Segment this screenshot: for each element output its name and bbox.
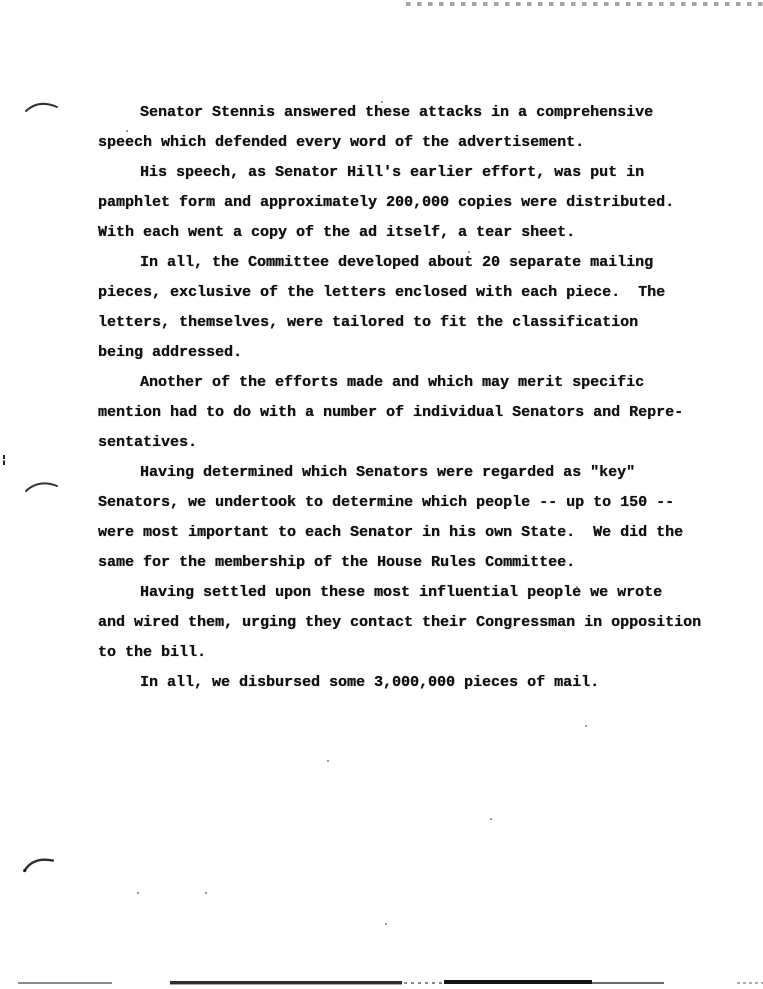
pen-arc-mark bbox=[20, 853, 57, 873]
text-line: Senators, we undertook to determine whic… bbox=[98, 488, 723, 518]
scan-speck bbox=[585, 725, 587, 727]
scan-line-segment bbox=[18, 982, 112, 984]
text-line: Another of the efforts made and which ma… bbox=[98, 368, 723, 398]
text-line: With each went a copy of the ad itself, … bbox=[98, 218, 723, 248]
scan-line-segment bbox=[404, 982, 444, 984]
document-page: Senator Stennis answered these attacks i… bbox=[0, 0, 763, 989]
pen-arc-mark bbox=[24, 98, 60, 114]
text-line: were most important to each Senator in h… bbox=[98, 518, 723, 548]
text-line: and wired them, urging they contact thei… bbox=[98, 608, 723, 638]
text-line: sentatives. bbox=[98, 428, 723, 458]
text-line: In all, the Committee developed about 20… bbox=[98, 248, 723, 278]
text-line: letters, themselves, were tailored to fi… bbox=[98, 308, 723, 338]
text-line: mention had to do with a number of indiv… bbox=[98, 398, 723, 428]
scan-line-segment bbox=[592, 982, 664, 984]
scan-speck bbox=[327, 760, 329, 762]
text-line: Senator Stennis answered these attacks i… bbox=[98, 98, 723, 128]
text-line: His speech, as Senator Hill's earlier ef… bbox=[98, 158, 723, 188]
scan-line-segment bbox=[737, 982, 763, 984]
top-edge-dotted-line bbox=[406, 2, 763, 6]
scan-line-segment bbox=[444, 980, 592, 984]
text-line: to the bill. bbox=[98, 638, 723, 668]
scan-speck bbox=[576, 586, 578, 588]
scan-line-segment bbox=[170, 981, 402, 984]
scan-speck bbox=[205, 892, 207, 894]
text-line: Having settled upon these most influenti… bbox=[98, 578, 723, 608]
text-line: pamphlet form and approximately 200,000 … bbox=[98, 188, 723, 218]
text-line: pieces, exclusive of the letters enclose… bbox=[98, 278, 723, 308]
text-line: being addressed. bbox=[98, 338, 723, 368]
scan-speck bbox=[468, 251, 470, 253]
scan-speck bbox=[381, 101, 383, 103]
scan-speck bbox=[385, 923, 387, 925]
scan-speck bbox=[126, 130, 128, 132]
document-text: Senator Stennis answered these attacks i… bbox=[98, 98, 723, 698]
text-line: same for the membership of the House Rul… bbox=[98, 548, 723, 578]
pen-arc-mark bbox=[24, 478, 60, 494]
scan-speck bbox=[137, 892, 139, 894]
scan-speck bbox=[490, 818, 492, 820]
text-line: In all, we disbursed some 3,000,000 piec… bbox=[98, 668, 723, 698]
text-line: speech which defended every word of the … bbox=[98, 128, 723, 158]
margin-tick-mark bbox=[3, 455, 5, 465]
text-line: Having determined which Senators were re… bbox=[98, 458, 723, 488]
